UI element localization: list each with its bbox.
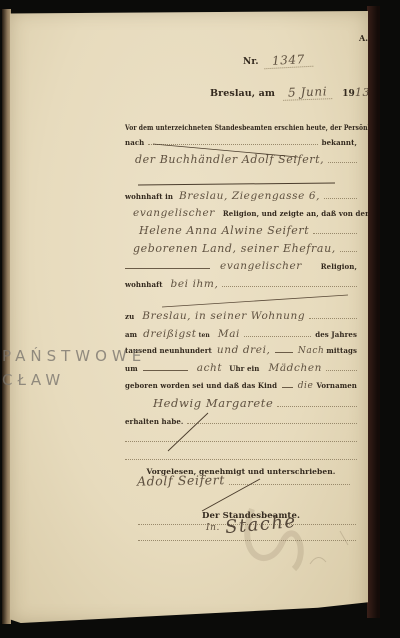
mother-name-row: Helene Anna Alwine Seifert [125,224,357,237]
birth-place-row: zu Breslau, in seiner Wohnung [125,309,357,322]
birth-month: Mai [218,328,240,340]
mother-residence-row: wohnhaft bei ihm, [125,277,357,290]
blank-line [313,224,357,234]
archive-watermark: PAŃSTWOWE CŁAW [2,344,146,392]
preamble-row: Vor dem unterzeichneten Standesbeamten e… [125,115,361,134]
filled-dash [125,260,210,269]
des-jahres-label: des Jahres [315,330,357,339]
declarant-signature-row: Adolf Seifert [125,473,350,488]
die-written: die [298,381,314,391]
registrar-signature: Stache [224,511,297,538]
blank-line [340,242,357,252]
date-value: 5 Juni [283,84,333,101]
mother-maiden-name: geborenen Land, seiner Ehefrau, [125,242,336,255]
child-names-row: Hedwig Margarete [125,396,357,410]
blank-line [244,327,311,337]
am-label: am [125,330,137,339]
blank-line [187,414,357,424]
known-row: nach bekannt, [125,135,357,147]
mother-religion-row: evangelischer Religion, [125,260,357,272]
blank-line [229,475,350,485]
religion-row: evangelischer Religion, und zeigte an, d… [125,207,357,219]
mother-maiden-row: geborenen Land, seiner Ehefrau, [125,242,357,255]
geboren-label: geboren worden sei und daß das Kind [125,381,277,390]
birth-day-row: am dreißigst ten Mai des Jahres [125,327,357,340]
mother-name: Helene Anna Alwine Seifert [125,224,309,237]
mother-religion: evangelischer [220,260,321,272]
archive-watermark-line1: PAŃSTWOWE [2,344,146,368]
declarant-signature: Adolf Seifert [125,472,225,489]
declarant-row: der Buchhändler Adolf Seifert, [125,153,357,166]
wohnhaft-label: wohnhaft [125,280,163,289]
place-date-row: Breslau, am 5 Juni 19 13 [210,85,360,100]
birth-register-page: A. Nr. 1347 Breslau, am 5 Juni 19 13 Vor… [10,11,368,623]
scanned-register-photo: A. Nr. 1347 Breslau, am 5 Juni 19 13 Vor… [0,0,400,638]
child-names: Hedwig Margarete [125,396,273,410]
mother-residence: bei ihm, [171,278,219,290]
birth-day: dreißigst [143,328,196,340]
erhalten-label: erhalten habe. [125,417,183,426]
erhalten-row: erhalten habe. [125,414,357,426]
bekannt-label: bekannt, [322,138,357,147]
declarant-address: Breslau, Ziegengasse 6, [179,190,320,202]
birth-year-written: und drei, [217,344,271,356]
filled-dash [275,344,292,353]
religion-label: Religion, [321,262,357,271]
blank-line [326,361,357,371]
registrar-signature-row: In. Stache [206,514,297,535]
record-number-label: Nr. [243,57,259,67]
preamble-text: Vor dem unterzeichneten Standesbeamten e… [125,123,394,132]
religion-anzeige-label: Religion, und zeigte an, daß von der [223,209,369,218]
daytime-written: Nach [298,346,324,356]
nach-label: nach [125,138,144,147]
blank-line [324,189,357,199]
ten-suffix: ten [199,332,210,339]
book-page-block-edge [367,6,380,618]
birth-place: Breslau, in seiner Wohnung [142,310,305,322]
blank-line [222,277,357,287]
year-written: 13 [355,86,370,99]
child-names-label-row: geboren worden sei und daß das Kind die … [125,379,357,391]
filled-dash [282,379,293,388]
uhr-ein-label: Uhr ein [229,364,259,373]
blank-line [328,153,357,163]
birth-year-row: tausend neunhundert und drei, Nach mitta… [125,344,357,356]
wohnhaft-in-label: wohnhaft in [125,192,173,201]
blank-line [148,135,317,145]
record-number-value: 1347 [263,52,313,70]
blank-line [309,309,357,319]
birth-hour-row: um acht Uhr ein Mädchen [125,361,357,374]
filled-dash [143,362,188,371]
registrar-signature-prefix: In. [206,523,220,533]
mittags-label: mittags [326,346,357,355]
year-printed: 19 [342,89,355,99]
signature-line [138,539,356,541]
blank-line [125,432,357,442]
book-gutter-edge [2,9,11,624]
zu-label: zu [125,312,134,321]
record-number-row: Nr. 1347 [243,53,353,68]
blank-row [125,432,357,442]
blank-line [277,397,357,407]
declarant-religion: evangelischer [125,207,215,219]
archive-watermark-line2: CŁAW [2,368,146,392]
place-date-label: Breslau, am [210,88,275,99]
residence-row: wohnhaft in Breslau, Ziegengasse 6, [125,189,357,202]
corner-letter: A. [359,33,368,43]
birth-hour: acht [197,362,223,374]
child-gender: Mädchen [268,362,322,374]
declarant-name: der Buchhändler Adolf Seifert, [125,153,324,166]
vornamen-label: Vornamen [316,381,357,390]
